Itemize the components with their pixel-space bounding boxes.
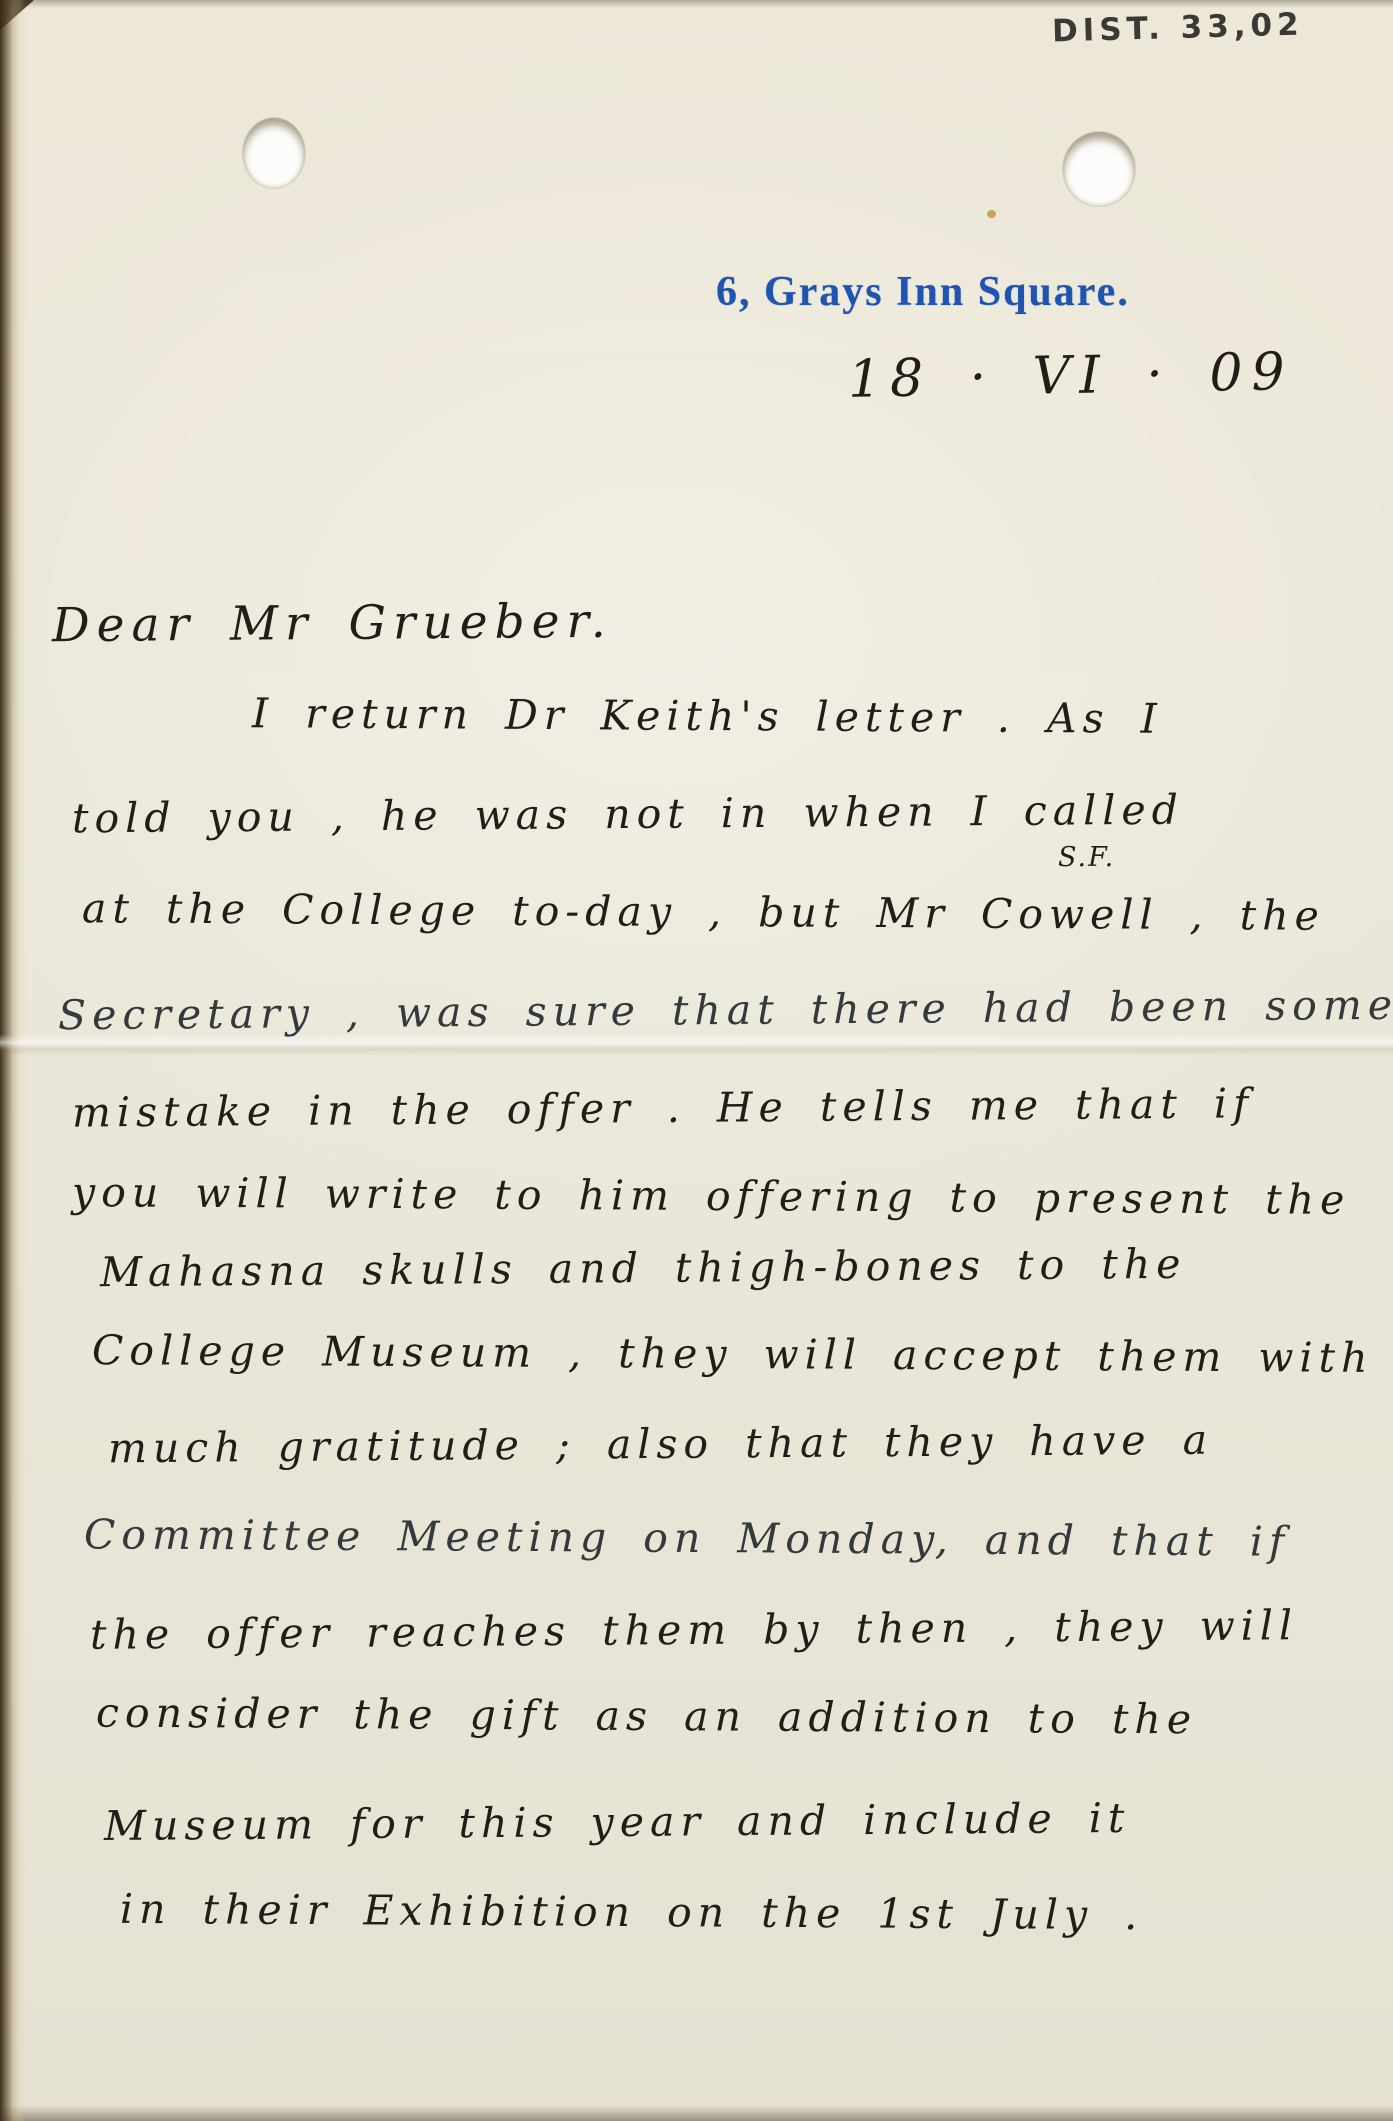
letter-line: told you , he was not in when I called xyxy=(72,786,1184,843)
letter-line: consider the gift as an addition to the xyxy=(96,1689,1197,1744)
page-edge-left xyxy=(0,0,26,2121)
page-corner-topleft xyxy=(0,0,34,30)
superscript-insertion: S.F. xyxy=(1058,842,1115,873)
salutation-line: Dear Mr Grueber. xyxy=(52,594,613,653)
archive-annotation: DIST. 33,02 xyxy=(1052,6,1305,49)
letter-line: Committee Meeting on Monday, and that if xyxy=(84,1510,1290,1565)
letter-line: Secretary , was sure that there had been… xyxy=(58,981,1393,1040)
letter-line: College Museum , they will accept them w… xyxy=(92,1326,1374,1382)
letter-line: the offer reaches them by then , they wi… xyxy=(90,1601,1298,1658)
page-edge-top xyxy=(0,0,1393,8)
letter-line: you will write to him offering to presen… xyxy=(72,1168,1351,1224)
paper-speck xyxy=(987,210,996,218)
letterhead-address: 6, Grays Inn Square. xyxy=(716,268,1130,316)
letter-line: in their Exhibition on the 1st July . xyxy=(120,1885,1143,1939)
letter-line: Mahasna skulls and thigh-bones to the xyxy=(100,1240,1187,1297)
letter-line: much gratitude ; also that they have a xyxy=(108,1416,1213,1473)
letter-line: Museum for this year and include it xyxy=(104,1794,1131,1850)
letter-line: at the College to-day , but Mr Cowell , … xyxy=(82,884,1325,940)
letter-line: I return Dr Keith's letter . As I xyxy=(252,689,1163,743)
letter-page: DIST. 33,02 6, Grays Inn Square. 18 · VI… xyxy=(0,0,1393,2121)
punch-hole-left xyxy=(243,118,305,188)
page-edge-bottom xyxy=(0,2105,1393,2121)
letter-line: mistake in the offer . He tells me that … xyxy=(72,1079,1255,1136)
letter-date: 18 · VI · 09 xyxy=(848,342,1295,410)
punch-hole-right xyxy=(1063,132,1135,206)
